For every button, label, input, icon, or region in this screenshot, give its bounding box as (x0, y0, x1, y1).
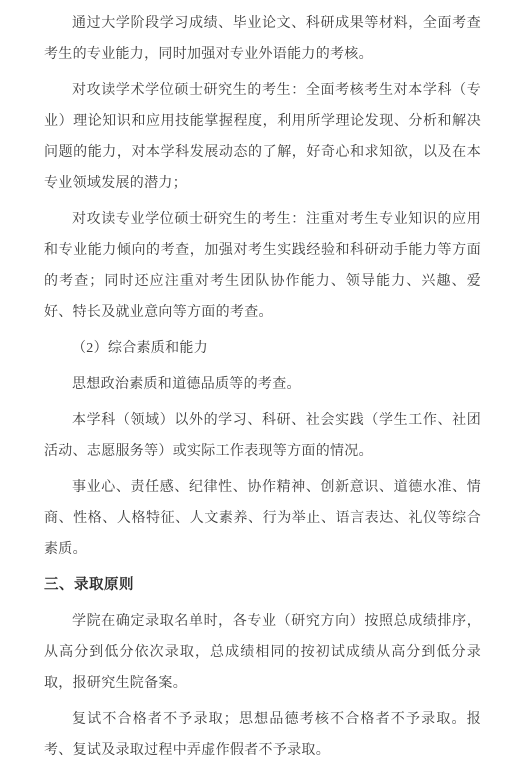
document-page: 通过大学阶段学习成绩、毕业论文、科研成果等材料，全面考查考生的专业能力，同时加强… (0, 0, 519, 774)
paragraph-disqualification-rule: 复试不合格者不予录取；思想品德考核不合格者不予录取。报考、复试及录取过程中弄虚作… (44, 704, 481, 766)
section-heading-admission-principles: 三、录取原则 (44, 570, 481, 601)
paragraph-professional-degree-criteria: 对攻读专业学位硕士研究生的考生：注重对考生专业知识的应用和专业能力倾向的考查，加… (44, 204, 481, 328)
paragraph-comprehensive-traits: 事业心、责任感、纪律性、协作精神、创新意识、道德水准、情商、性格、人格特征、人文… (44, 472, 481, 565)
paragraph-item-2-comprehensive-quality: （2）综合素质和能力 (44, 333, 481, 364)
paragraph-extracurricular-performance: 本学科（领域）以外的学习、科研、社会实践（学生工作、社团活动、志愿服务等）或实际… (44, 405, 481, 467)
paragraph-ideology-morality: 思想政治素质和道德品质等的考查。 (44, 369, 481, 400)
paragraph-academic-degree-criteria: 对攻读学术学位硕士研究生的考生：全面考核考生对本学科（专业）理论知识和应用技能掌… (44, 75, 481, 199)
paragraph-exam-materials: 通过大学阶段学习成绩、毕业论文、科研成果等材料，全面考查考生的专业能力，同时加强… (44, 8, 481, 70)
paragraph-ranking-rule: 学院在确定录取名单时，各专业（研究方向）按照总成绩排序，从高分到低分依次录取，总… (44, 606, 481, 699)
